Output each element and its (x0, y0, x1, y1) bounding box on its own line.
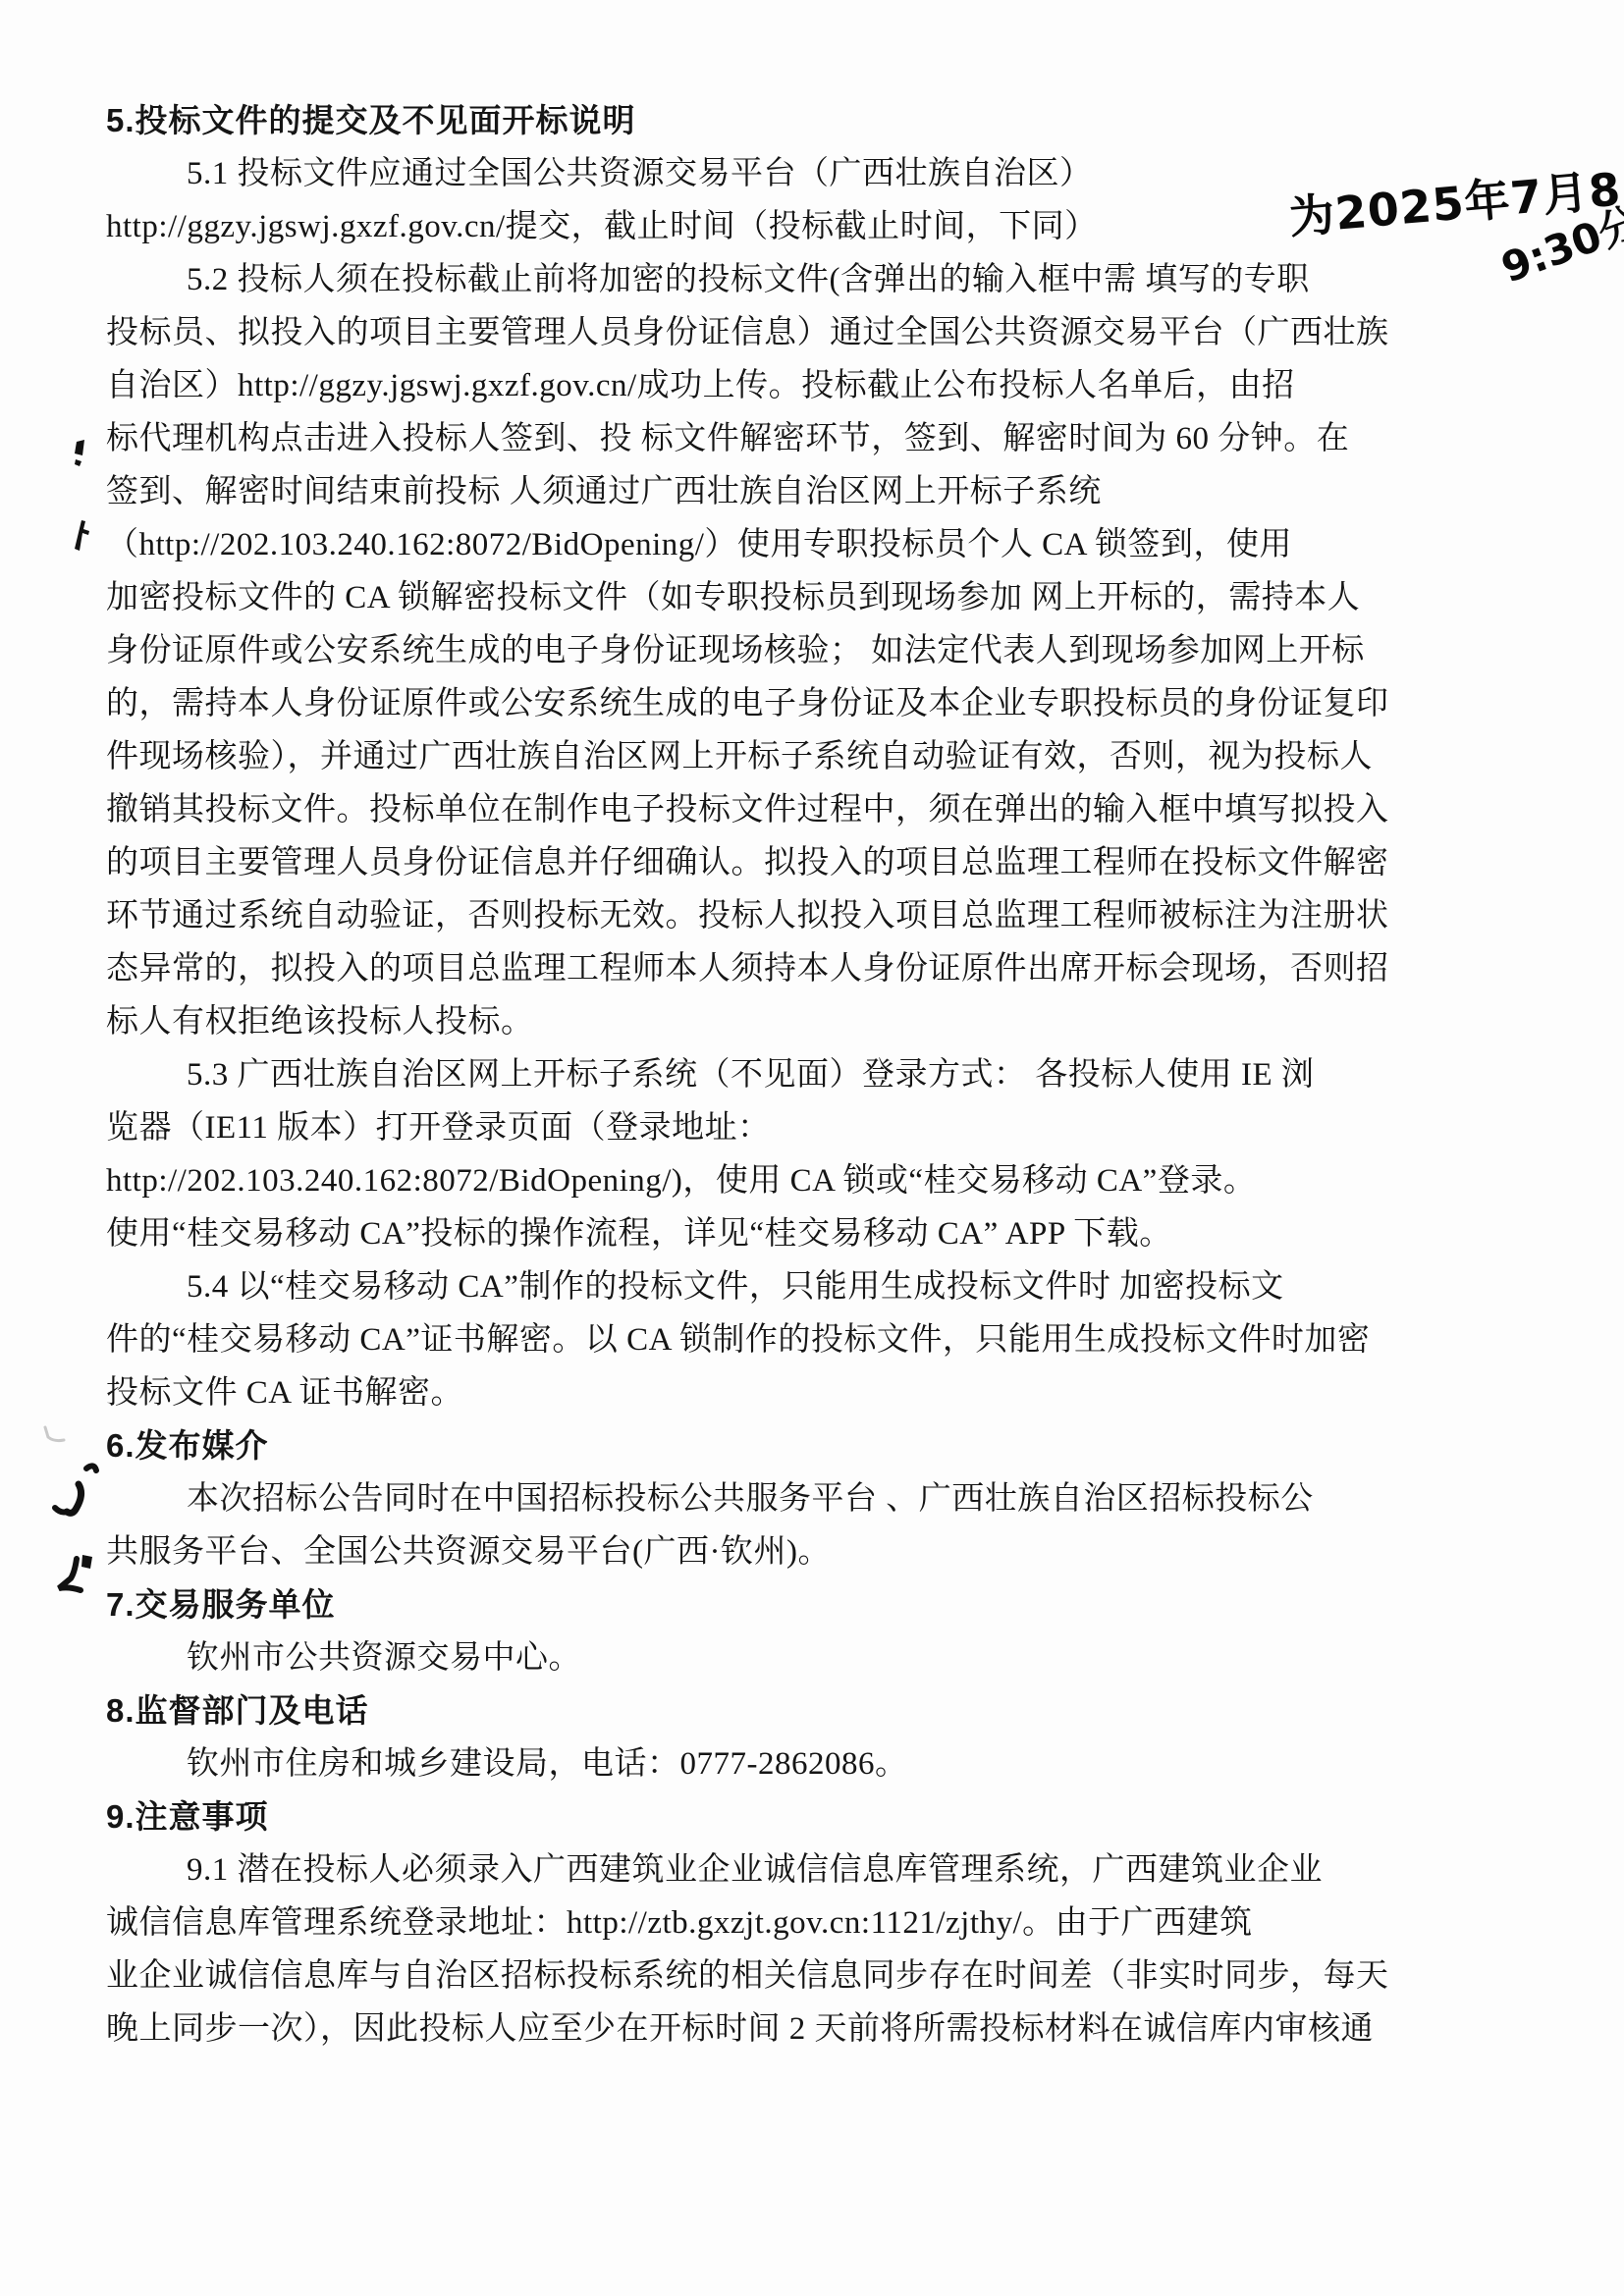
document-page: 5.投标文件的提交及不见面开标说明 5.1 投标文件应通过全国公共资源交易平台（… (0, 0, 1624, 2296)
pen-scratch-mark (51, 1463, 100, 1523)
section-9-heading: 9.注意事项 (106, 1790, 1532, 1843)
section-6-body: 本次招标公告同时在中国招标投标公共服务平台 、广西壮族自治区招标投标公 共服务平… (106, 1472, 1532, 1578)
ink-blot-mark (73, 520, 92, 554)
section-5-heading: 5.投标文件的提交及不见面开标说明 (106, 94, 1532, 147)
section-8-body: 钦州市住房和城乡建设局，电话：0777-2862086。 (106, 1737, 1532, 1790)
clause-5-2: 5.2 投标人须在投标截止前将加密的投标文件(含弹出的输入框中需 填写的专职 投… (106, 253, 1532, 1048)
section-7-heading: 7.交易服务单位 (106, 1578, 1532, 1631)
pen-scratch-faint-mark (43, 1425, 69, 1447)
ink-blot-mark (71, 440, 88, 473)
clause-5-3: 5.3 广西壮族自治区网上开标子系统（不见面）登录方式： 各投标人使用 IE 浏… (106, 1048, 1532, 1260)
clause-5-4: 5.4 以“桂交易移动 CA”制作的投标文件，只能用生成投标文件时 加密投标文 … (106, 1260, 1532, 1419)
pen-scratch-mark (55, 1551, 100, 1604)
section-8-heading: 8.监督部门及电话 (106, 1684, 1532, 1737)
section-7-body: 钦州市公共资源交易中心。 (106, 1631, 1532, 1684)
document-body: 5.投标文件的提交及不见面开标说明 5.1 投标文件应通过全国公共资源交易平台（… (106, 94, 1532, 2056)
clause-9-1: 9.1 潜在投标人必须录入广西建筑业企业诚信信息库管理系统，广西建筑业企业 诚信… (106, 1843, 1532, 2056)
section-6-heading: 6.发布媒介 (106, 1419, 1532, 1472)
